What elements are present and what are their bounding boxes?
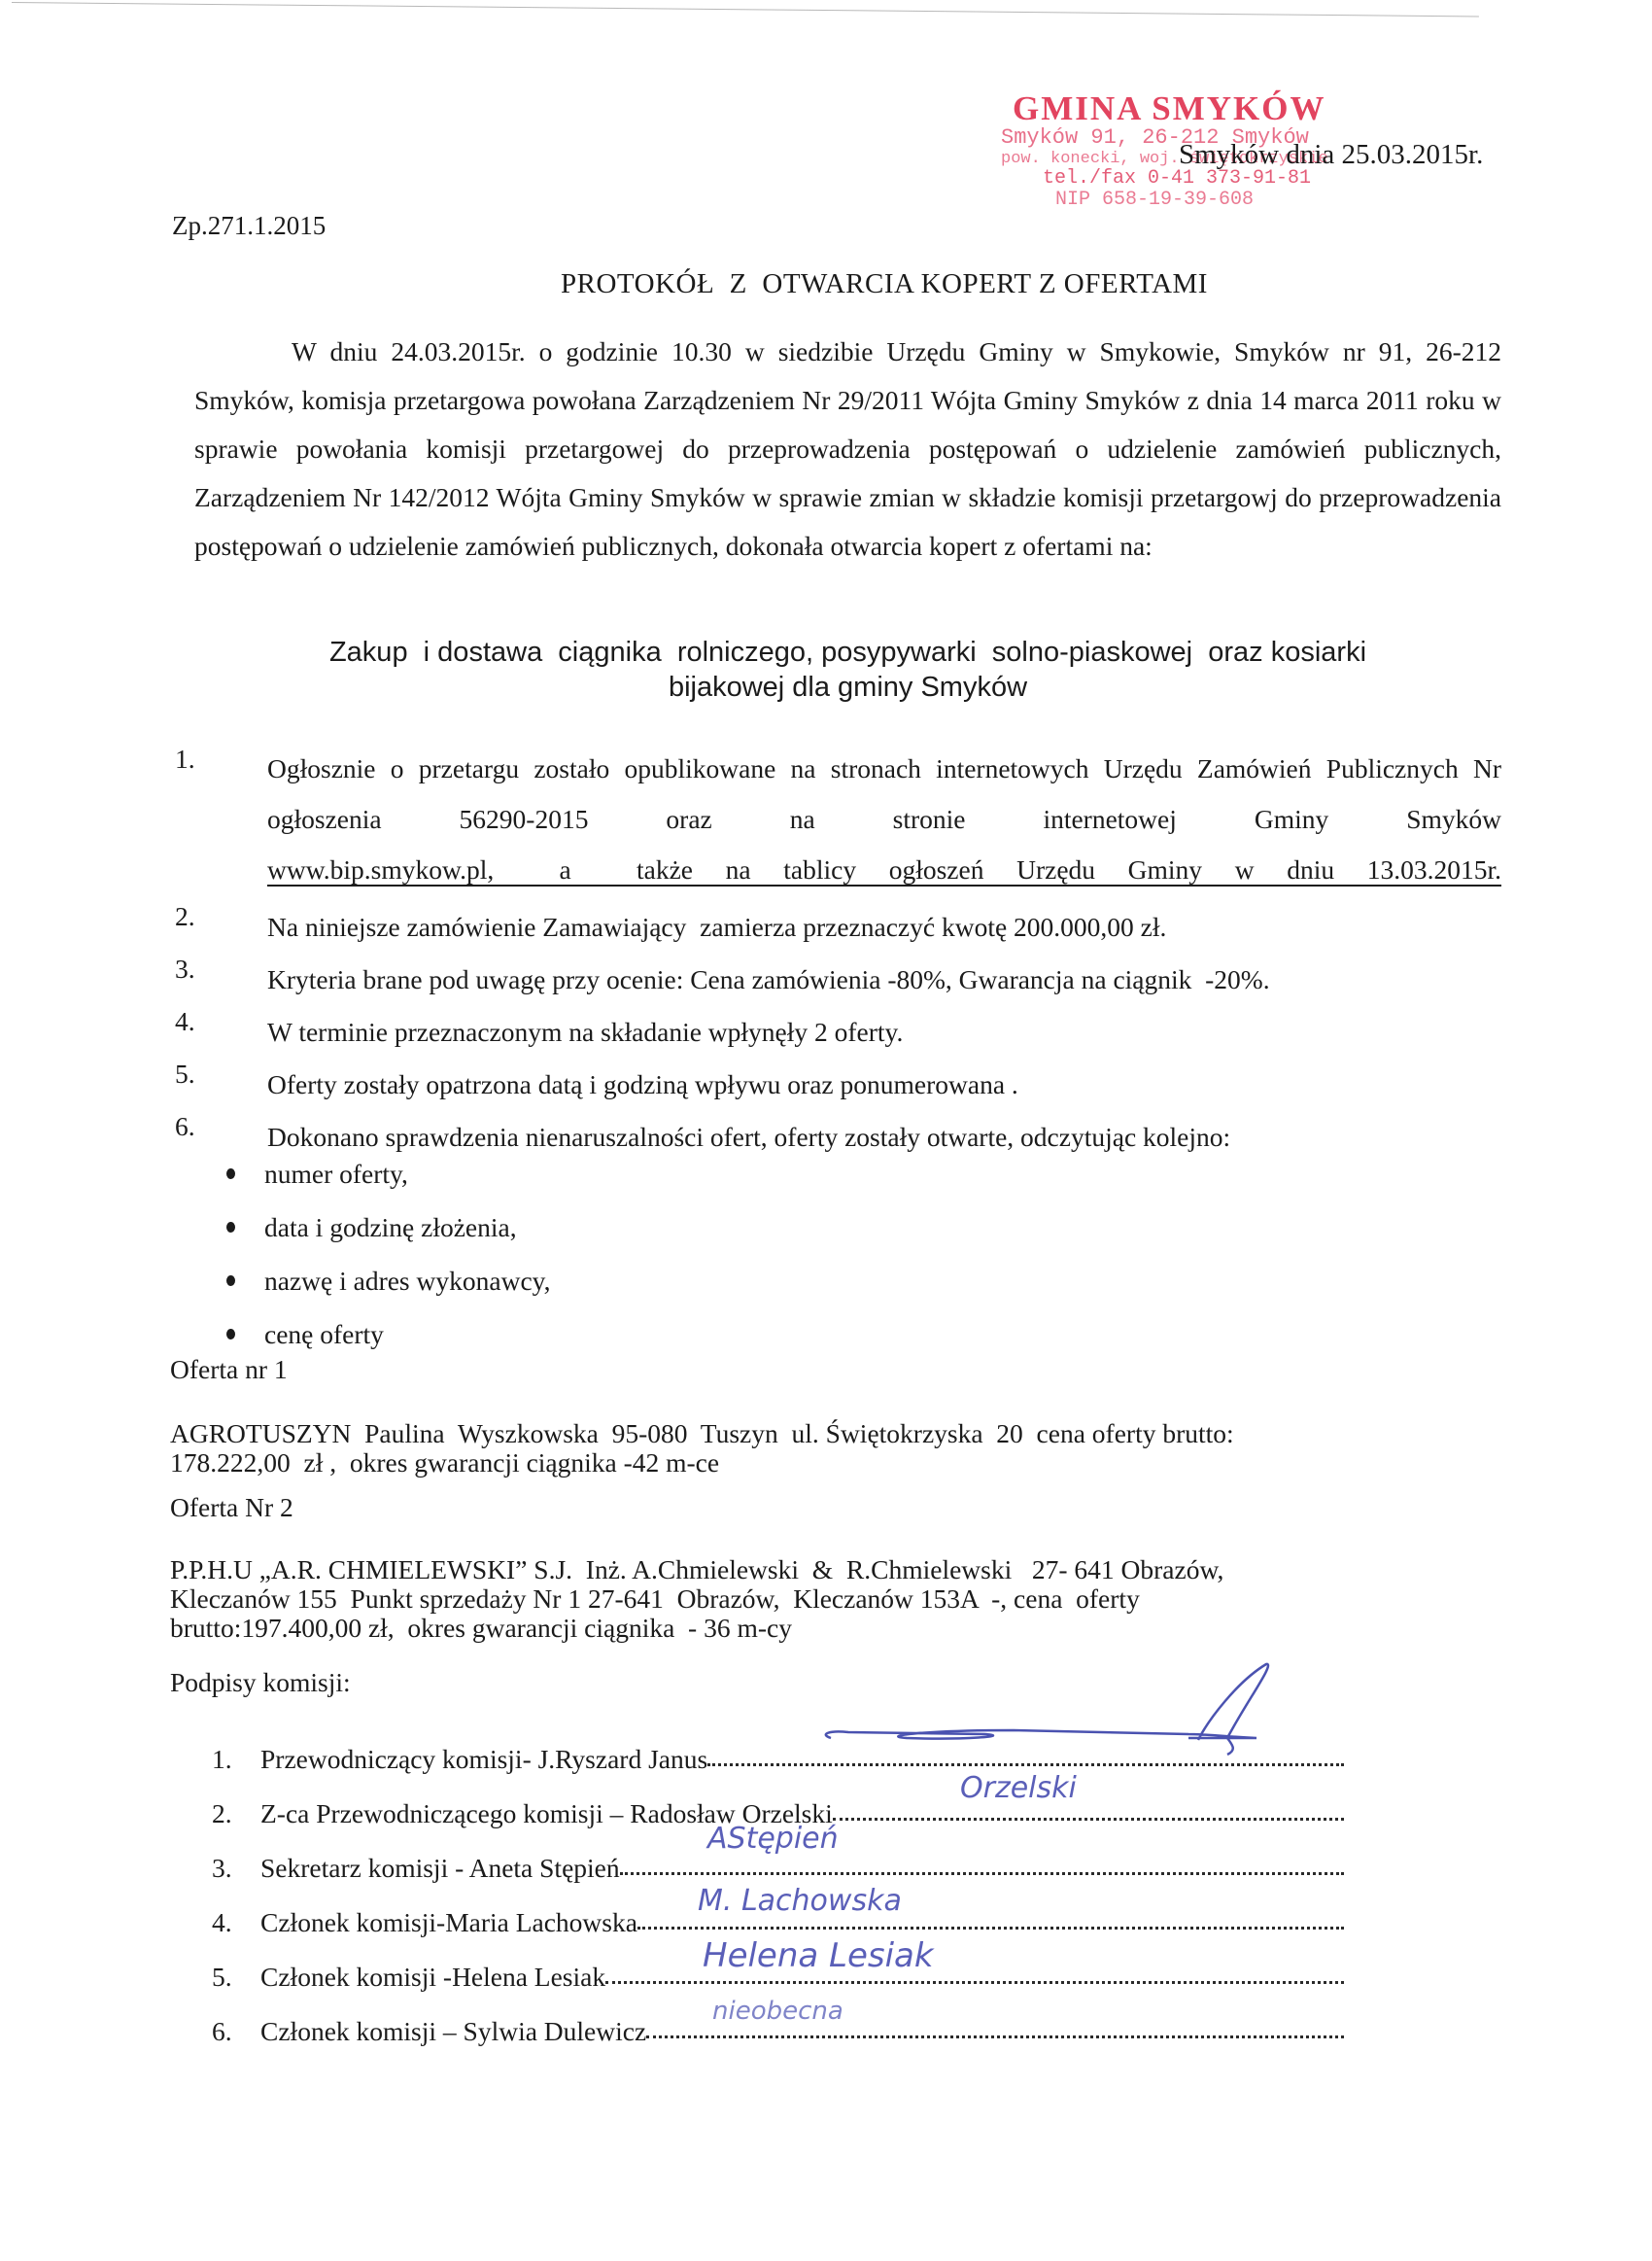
offer-2-line-1: P.P.H.U „A.R. CHMIELEWSKI” S.J. Inż. A.C…: [170, 1555, 1404, 1584]
point-2: 2. Na niniejsze zamówienie Zamawiający z…: [175, 901, 1501, 954]
offer-2-heading: Oferta Nr 2: [170, 1492, 293, 1523]
member-name: Członek komisji -Helena Lesiak: [260, 1962, 605, 1993]
signature-row: 5. Członek komisji -Helena Lesiak Helena…: [212, 1938, 1344, 1993]
reference-number: Zp.271.1.2015: [172, 211, 326, 241]
member-number: 6.: [212, 2016, 260, 2047]
signature-list: 1. Przewodniczący komisji- J.Ryszard Jan…: [212, 1721, 1344, 2047]
bullet-item: numer oferty,: [226, 1147, 550, 1200]
bullet-icon: [226, 1329, 235, 1339]
intro-paragraph: W dniu 24.03.2015r. o godzinie 10.30 w s…: [194, 328, 1501, 571]
point-1: 1. Ogłosznie o przetargu zostało opublik…: [175, 744, 1501, 895]
stamp-phone: tel./fax 0-41 373-91-81: [981, 169, 1409, 189]
signature-line: [833, 1817, 1344, 1821]
signature-row: 4. Członek komisji-Maria Lachowska M. La…: [212, 1884, 1344, 1938]
place-and-date: Smyków dnia 25.03.2015r.: [1179, 139, 1483, 171]
signatures-heading: Podpisy komisji:: [170, 1667, 351, 1698]
offer-1-line-1: AGROTUSZYN Paulina Wyszkowska 95-080 Tus…: [170, 1419, 1404, 1448]
offer-2-line-3: brutto:197.400,00 zł, okres gwarancji ci…: [170, 1614, 1404, 1643]
point-5: 5. Oferty zostały opatrzona datą i godzi…: [175, 1059, 1501, 1111]
signature-row: 1. Przewodniczący komisji- J.Ryszard Jan…: [212, 1721, 1344, 1775]
member-number: 2.: [212, 1798, 260, 1829]
stamp-title: GMINA SMYKÓW: [981, 91, 1409, 125]
bullet-icon: [226, 1168, 235, 1179]
member-signature: AStępień: [707, 1822, 839, 1856]
chairman-signature-icon: [819, 1662, 1305, 1769]
member-name: Członek komisji – Sylwia Dulewicz: [260, 2016, 646, 2047]
point-number: 5.: [175, 1059, 267, 1111]
intro-text: W dniu 24.03.2015r. o godzinie 10.30 w s…: [194, 336, 1501, 561]
stamp-nip: NIP 658-19-39-608: [981, 191, 1409, 210]
bullet-text: numer oferty,: [264, 1159, 408, 1190]
member-number: 5.: [212, 1962, 260, 1993]
member-name: Członek komisji-Maria Lachowska: [260, 1907, 637, 1938]
point-text: Na niniejsze zamówienie Zamawiający zami…: [267, 901, 1501, 954]
member-signature: Helena Lesiak: [703, 1936, 934, 1975]
signature-line: [646, 2035, 1344, 2038]
numbered-points: 1. Ogłosznie o przetargu zostało opublik…: [175, 744, 1501, 1164]
bullet-text: nazwę i adres wykonawcy,: [264, 1266, 550, 1297]
signature-line: [620, 1871, 1344, 1875]
signature-line: [637, 1926, 1344, 1930]
subject-line-1: Zakup i dostawa ciągnika rolniczego, pos…: [194, 635, 1501, 670]
signature-row: 6. Członek komisji – Sylwia Dulewicz nie…: [212, 1993, 1344, 2047]
point-text: Ogłosznie o przetargu zostało opublikowa…: [267, 753, 1501, 834]
offer-2-details: P.P.H.U „A.R. CHMIELEWSKI” S.J. Inż. A.C…: [170, 1555, 1404, 1643]
offer-1-heading: Oferta nr 1: [170, 1354, 288, 1385]
point-4: 4. W terminie przeznaczonym na składanie…: [175, 1006, 1501, 1059]
bullet-text: data i godzinę złożenia,: [264, 1212, 517, 1243]
bullet-item: nazwę i adres wykonawcy,: [226, 1254, 550, 1307]
member-name: Sekretarz komisji - Aneta Stępień: [260, 1853, 620, 1884]
point-3: 3. Kryteria brane pod uwagę przy ocenie:…: [175, 954, 1501, 1006]
offer-2-line-2: Kleczanów 155 Punkt sprzedaży Nr 1 27-64…: [170, 1584, 1404, 1614]
subject-line-2: bijakowej dla gminy Smyków: [194, 670, 1501, 705]
bullet-icon: [226, 1275, 235, 1286]
point-text: W terminie przeznaczonym na składanie wp…: [267, 1006, 1501, 1059]
procurement-subject: Zakup i dostawa ciągnika rolniczego, pos…: [194, 635, 1501, 705]
signature-row: 3. Sekretarz komisji - Aneta Stępień ASt…: [212, 1829, 1344, 1884]
bullet-text: cenę oferty: [264, 1319, 384, 1350]
scan-edge-line: [12, 2, 1479, 17]
bullet-item: data i godzinę złożenia,: [226, 1200, 550, 1254]
member-number: 4.: [212, 1907, 260, 1938]
read-out-items: numer oferty, data i godzinę złożenia, n…: [226, 1147, 550, 1361]
member-number: 3.: [212, 1853, 260, 1884]
bullet-icon: [226, 1222, 235, 1233]
signature-line: [605, 1980, 1344, 1984]
point-text: Oferty zostały opatrzona datą i godziną …: [267, 1059, 1501, 1111]
publication-link-text[interactable]: www.bip.smykow.pl, a także na tablicy og…: [267, 854, 1501, 885]
member-signature: Orzelski: [960, 1771, 1077, 1805]
member-signature: M. Lachowska: [698, 1884, 902, 1918]
point-number: 1.: [175, 744, 267, 895]
point-number: 4.: [175, 1006, 267, 1059]
point-number: 2.: [175, 901, 267, 954]
bullet-item: cenę oferty: [226, 1307, 550, 1361]
member-signature: nieobecna: [712, 1997, 843, 2026]
offer-1-line-2: 178.222,00 zł , okres gwarancji ciągnika…: [170, 1448, 1404, 1478]
document-title: PROTOKÓŁ Z OTWARCIA KOPERT Z OFERTAMI: [0, 268, 1652, 300]
point-text: Kryteria brane pod uwagę przy ocenie: Ce…: [267, 954, 1501, 1006]
member-number: 1.: [212, 1744, 260, 1775]
member-name: Przewodniczący komisji- J.Ryszard Janus: [260, 1744, 707, 1775]
offer-1-details: AGROTUSZYN Paulina Wyszkowska 95-080 Tus…: [170, 1419, 1404, 1478]
point-number: 3.: [175, 954, 267, 1006]
